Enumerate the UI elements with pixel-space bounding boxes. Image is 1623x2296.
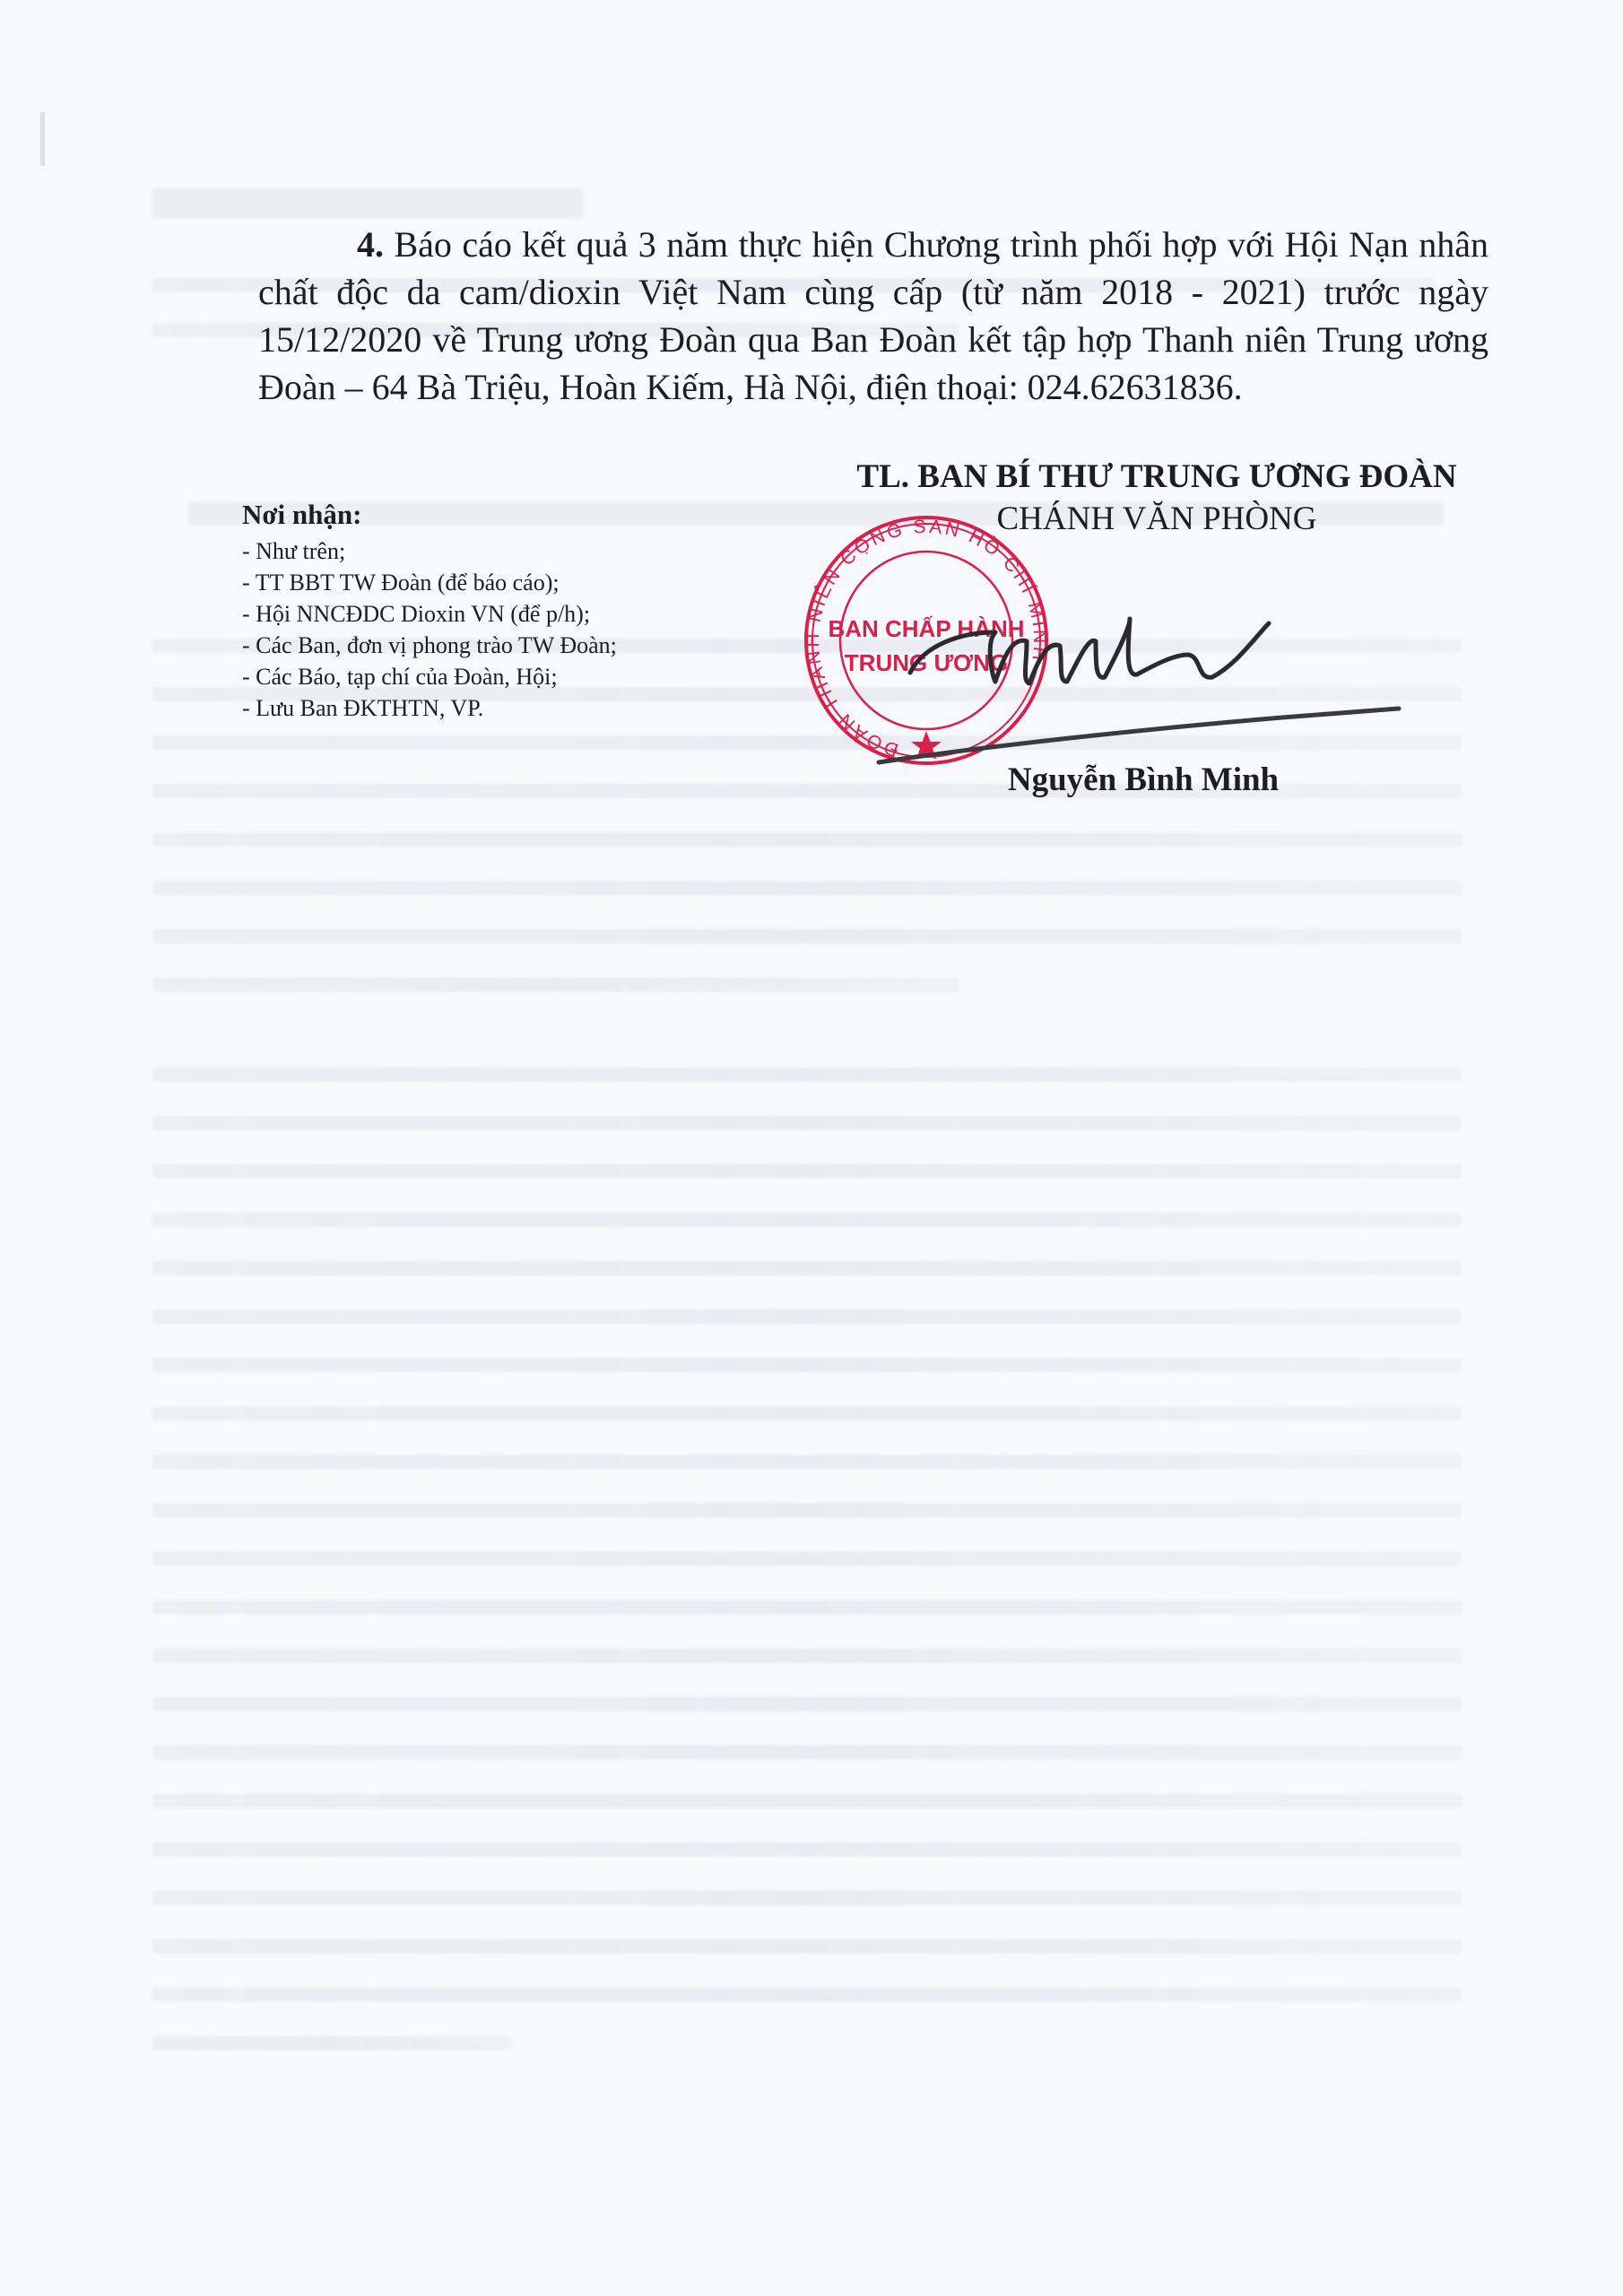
recipients-block: Nơi nhận: - Như trên; - TT BBT TW Đoàn (… xyxy=(242,496,816,724)
section-text: Báo cáo kết quả 3 năm thực hiện Chương t… xyxy=(258,224,1488,407)
recipient-item: - Hội NNCĐDC Dioxin VN (để p/h); xyxy=(242,598,816,630)
recipient-item: - Lưu Ban ĐKTHTN, VP. xyxy=(242,692,816,724)
handwritten-signature xyxy=(861,592,1488,780)
recipients-label: Nơi nhận: xyxy=(242,496,816,534)
recipient-item: - TT BBT TW Đoàn (để báo cáo); xyxy=(242,567,816,598)
scan-mark xyxy=(40,112,45,166)
section-4-paragraph: 4. Báo cáo kết quả 3 năm thực hiện Chươn… xyxy=(258,221,1488,411)
section-number: 4. xyxy=(357,224,384,265)
recipient-item: - Các Ban, đơn vị phong trào TW Đoàn; xyxy=(242,630,816,661)
recipient-item: - Các Báo, tạp chí của Đoàn, Hội; xyxy=(242,661,816,692)
document-page: 4. Báo cáo kết quả 3 năm thực hiện Chươn… xyxy=(0,0,1623,2296)
recipient-item: - Như trên; xyxy=(242,535,816,567)
signer-name: Nguyễn Bình Minh xyxy=(942,761,1345,799)
recipients-list: - Như trên; - TT BBT TW Đoàn (để báo cáo… xyxy=(242,535,816,724)
signer-organization: TL. BAN BÍ THƯ TRUNG ƯƠNG ĐOÀN xyxy=(807,456,1506,499)
